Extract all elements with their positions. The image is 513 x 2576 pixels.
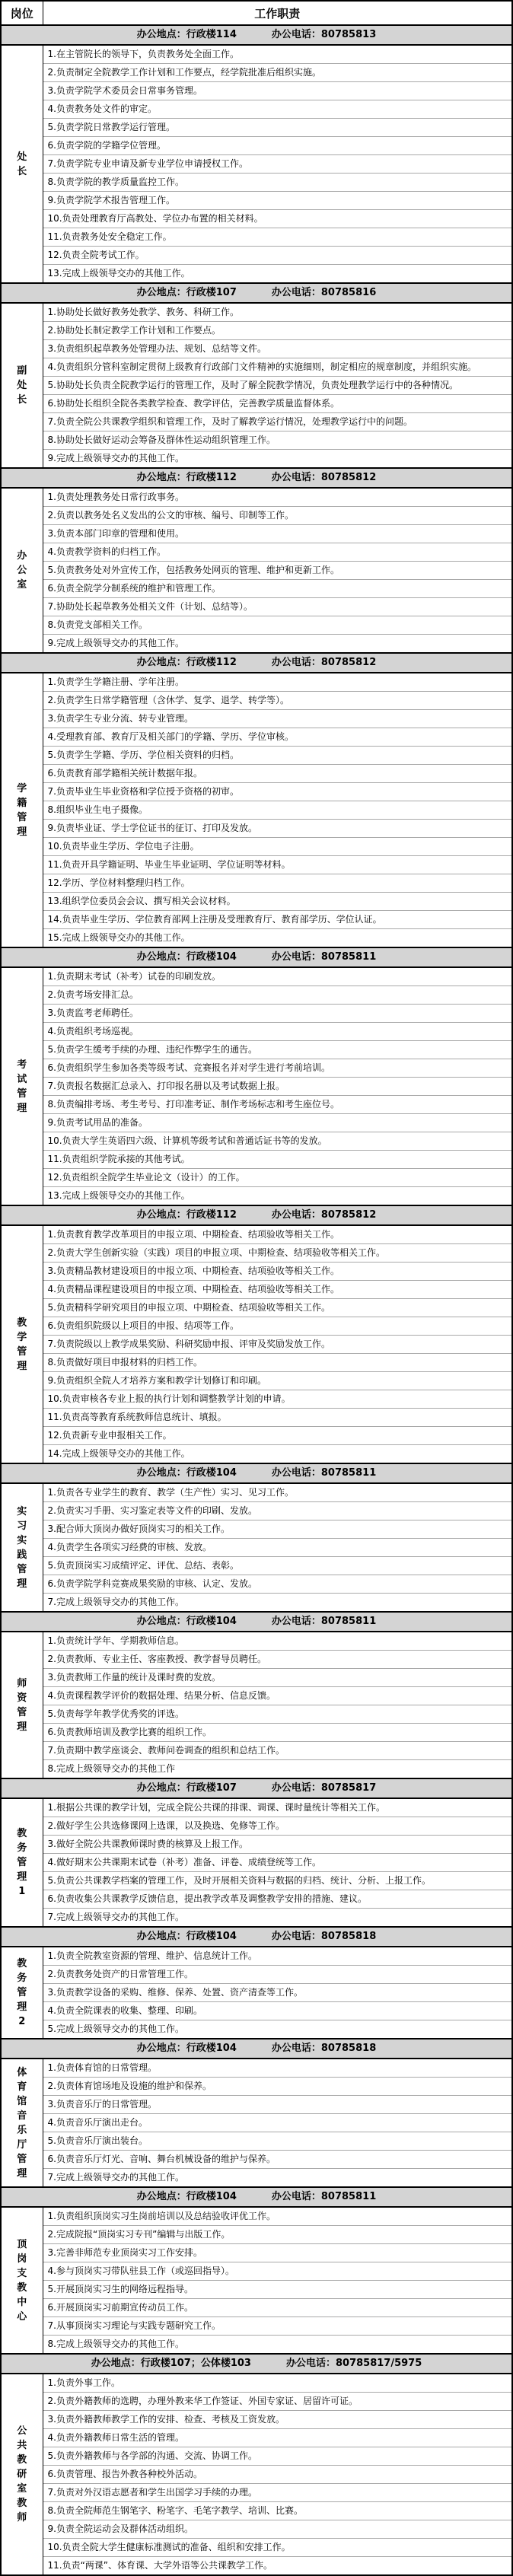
duty-row: 14.负责毕业生学历、学位教育部网上注册及受理教育厅、教育部学历、学位认证。 <box>1 911 512 929</box>
duty-row: 11.负责教务处安全稳定工作。 <box>1 228 512 247</box>
office-location: 办公地点：行政楼104 <box>137 1616 237 1627</box>
duty-row: 实习实践管理1.负责各专业学生的教育、教学（生产性）实习、见习工作。 <box>1 1483 512 1502</box>
duty-row: 4.负责外籍教师日常生活的管理。 <box>1 2429 512 2447</box>
duty-row: 2.负责大学生创新实验（实践）项目的申报立项、中期检查、结项验收等相关工作。 <box>1 1244 512 1263</box>
duty-item-text: 13.完成上级领导交办的其他工作。 <box>43 1187 512 1206</box>
duty-item-text: 8.负责编排考场、考生考号、打印准考证、制作考场标志和考生座位号。 <box>43 1096 512 1114</box>
office-info-row: 办公地点：行政楼107；公体楼103办公电话：80785817/5975 <box>1 2354 512 2374</box>
duty-row: 4.负责组织分管科室制定贯彻上级教育行政部门文件精神的实施细则，制定相应的规章制… <box>1 358 512 377</box>
duty-item-text: 4.负责课程教学评价的数据处理、结果分析、信息反馈。 <box>43 1687 512 1705</box>
duty-row: 7.从事顶岗实习理论与实践专题研究工作。 <box>1 2317 512 2336</box>
duty-item-text: 7.负责期中教学座谈会、教师问卷调查的组织和总结工作。 <box>43 1742 512 1760</box>
duty-item-text: 7.负责全院公共课教学组织和管理工作，及时了解教学运行情况，处理教学运行中的问题… <box>43 413 512 431</box>
duty-item-text: 5.开展顶岗实习生的网络远程指导。 <box>43 2281 512 2299</box>
duty-item-text: 4.负责教学资料的归档工作。 <box>43 543 512 562</box>
duty-item-text: 7.负责学院专业申请及新专业学位申请授权工作。 <box>43 155 512 174</box>
duty-item-text: 1.负责统计学年、学期教师信息。 <box>43 1632 512 1651</box>
duty-row: 3.负责教学设备的采购、维修、保养、处置、资产清查等工作。 <box>1 1984 512 2002</box>
position-column-header: 岗位 <box>1 1 43 25</box>
position-label: 实习实践管理 <box>16 1505 27 1591</box>
position-label-cell: 公共教研室教师 <box>1 2374 43 2575</box>
office-phone: 办公电话：80785817 <box>272 1782 376 1794</box>
duty-item-text: 1.负责学生学籍注册、学年注册。 <box>43 673 512 692</box>
duty-item-text: 8.完成上级领导交办的其他工作 <box>43 1760 512 1779</box>
duty-item-text: 5.负责学生学籍、学历、学位相关资料的归档。 <box>43 747 512 765</box>
duty-row: 教务管理11.根据公共课的教学计划，完成全院公共课的排课、调课、课时量统计等相关… <box>1 1798 512 1817</box>
duty-row: 6.负责学院的学籍学位管理。 <box>1 137 512 155</box>
duty-row: 2.做好学生公共选修课网上选课，以及换选、免修等工作。 <box>1 1817 512 1836</box>
office-info-row: 办公地点：行政楼114办公电话：80785813 <box>1 25 512 45</box>
duty-row: 4.做好期末公共课期末试卷（补考）准备、评卷、成绩登统等工作。 <box>1 1854 512 1872</box>
duty-row: 3.做好全院公共课教师课时费的核算及上报工作。 <box>1 1836 512 1854</box>
office-location: 办公地点：行政楼114 <box>137 29 237 40</box>
office-info-row: 办公地点：行政楼104办公电话：80785811 <box>1 1463 512 1483</box>
position-label-cell: 教务管理1 <box>1 1798 43 1927</box>
duty-item-text: 5.完成上级领导交办的其他工作。 <box>43 2020 512 2039</box>
position-label: 师资管理 <box>16 1676 27 1734</box>
duty-item-text: 8.负责做好项目申报材料的归档工作。 <box>43 1354 512 1372</box>
office-info-row: 办公地点：行政楼104办公电话：80785818 <box>1 1927 512 1947</box>
duty-item-text: 2.负责以教务处名义发出的公文的审核、编号、印制等工作。 <box>43 507 512 525</box>
duty-row: 教务管理21.负责全院教室资源的管理、维护、信息统计工作。 <box>1 1947 512 1966</box>
duty-row: 2.负责教师、专业主任、客座教授、教学督导员聘任。 <box>1 1651 512 1669</box>
duty-row: 7.负责对外汉语志愿者和学生出国学习手续的办理。 <box>1 2484 512 2502</box>
office-phone: 办公电话：80785811 <box>272 951 376 963</box>
duty-row: 4.参与顶岗实习带队驻县工作（或巡回指导）。 <box>1 2262 512 2281</box>
duty-row: 7.负责期中教学座谈会、教师问卷调查的组织和总结工作。 <box>1 1742 512 1760</box>
duty-item-text: 3.负责教学设备的采购、维修、保养、处置、资产清查等工作。 <box>43 1984 512 2002</box>
duty-item-text: 4.负责学生各项实习经费的审核、发放。 <box>43 1539 512 1557</box>
office-location: 办公地点：行政楼104 <box>137 2043 237 2054</box>
duty-item-text: 3.完善非师范专业顶岗实习工作安排。 <box>43 2244 512 2262</box>
duty-row: 8.完成上级领导交办的其他工作 <box>1 1760 512 1779</box>
duty-row: 3.负责监考老师聘任。 <box>1 1005 512 1023</box>
duty-item-text: 12.学历、学位材料整理归档工作。 <box>43 874 512 893</box>
duty-item-text: 4.负责组织考场巡视。 <box>43 1023 512 1041</box>
duty-row: 4.负责课程教学评价的数据处理、结果分析、信息反馈。 <box>1 1687 512 1705</box>
duty-item-text: 5.负责学院日常教学运行管理。 <box>43 119 512 137</box>
job-duties-page: 岗位 工作职责 办公地点：行政楼114办公电话：80785813处长1.在主管院… <box>0 0 513 2576</box>
duty-row: 6.负责全院学分制系统的维护和管理工作。 <box>1 580 512 598</box>
duty-row: 5.负责学生缓考手续的办理、违纪作弊学生的通告。 <box>1 1041 512 1059</box>
duty-row: 2.完成院报“顶岗实习专刊”编辑与出版工作。 <box>1 2226 512 2244</box>
duty-row: 11.负责“两课”、体育课、大学外语等公共课教学工作。 <box>1 2557 512 2576</box>
position-label-cell: 考试管理 <box>1 967 43 1205</box>
duty-row: 5.负责音乐厅演出装台。 <box>1 2132 512 2151</box>
duty-row: 9.负责组织全院人才培养方案和教学计划修订和印刷。 <box>1 1372 512 1390</box>
duty-row: 9.负责毕业证、学士学位证书的征订、打印及发放。 <box>1 820 512 838</box>
duty-item-text: 5.协助处长负责全院教学运行的管理工作，及时了解全院教学情况，负责处理教学运行中… <box>43 377 512 395</box>
office-location: 办公地点：行政楼107；公体楼103 <box>91 2358 251 2369</box>
duty-row: 7.负责毕业生毕业资格和学位授予资格的初审。 <box>1 783 512 801</box>
duty-item-text: 6.负责组织学生参加各类等级考试、竞赛报名并对学生进行考前培训。 <box>43 1059 512 1078</box>
position-label-cell: 学籍管理 <box>1 673 43 947</box>
duty-item-text: 10.负责毕业生学历、学位电子注册。 <box>43 838 512 856</box>
duty-item-text: 2.完成院报“顶岗实习专刊”编辑与出版工作。 <box>43 2226 512 2244</box>
duty-item-text: 1.在主管院长的领导下，负责教务处全面工作。 <box>43 45 512 64</box>
duty-item-text: 8.协助处长做好运动会筹备及群体性运动组织管理工作。 <box>43 431 512 450</box>
duty-item-text: 1.负责处理教务处日常行政事务。 <box>43 488 512 507</box>
duty-row: 5.协助处长负责全院教学运行的管理工作，及时了解全院教学情况，负责处理教学运行中… <box>1 377 512 395</box>
office-info-cell: 办公地点：行政楼104办公电话：80785811 <box>1 1463 512 1483</box>
duty-item-text: 12.负责全院考试工作。 <box>43 247 512 265</box>
duty-row: 14.完成上级领导交办的其他工作。 <box>1 1445 512 1464</box>
duty-row: 6.负责教育部学籍相关统计数据年报。 <box>1 765 512 783</box>
duty-item-text: 3.负责学院学术委员会日常事务管理。 <box>43 82 512 100</box>
office-info-cell: 办公地点：行政楼107办公电话：80785817 <box>1 1778 512 1798</box>
office-location: 办公地点：行政楼107 <box>137 1782 237 1794</box>
duty-item-text: 7.完成上级领导交办的其他工作。 <box>43 1909 512 1928</box>
office-info-cell: 办公地点：行政楼114办公电话：80785813 <box>1 25 512 45</box>
duty-item-text: 7.负责对外汉语志愿者和学生出国学习手续的办理。 <box>43 2484 512 2502</box>
duty-row: 3.完善非师范专业顶岗实习工作安排。 <box>1 2244 512 2262</box>
office-phone: 办公电话：80785812 <box>272 657 376 668</box>
duty-item-text: 5.负责音乐厅演出装台。 <box>43 2132 512 2151</box>
duty-item-text: 5.负责教务处对外宣传工作，包括教务处网页的管理、维护和更新工作。 <box>43 562 512 580</box>
duty-item-text: 6.负责管理、报告外教各种校外活动。 <box>43 2466 512 2484</box>
duty-row: 处长1.在主管院长的领导下，负责教务处全面工作。 <box>1 45 512 64</box>
duty-row: 5.负责公共课教学档案的管理工作，及时开展相关资料与数据的归档、统计、分析、上报… <box>1 1872 512 1890</box>
duty-item-text: 2.协助处长制定教学工作计划和工作要点。 <box>43 322 512 340</box>
duty-item-text: 6.负责学院学科竞赛成果奖励的审核、认定、发放。 <box>43 1575 512 1594</box>
position-label: 教务管理1 <box>16 1826 27 1899</box>
office-location: 办公地点：行政楼112 <box>137 1209 237 1221</box>
position-label: 公共教研室教师 <box>16 2424 27 2525</box>
duty-row: 考试管理1.负责期末考试（补考）试卷的印刷发放。 <box>1 967 512 986</box>
duty-row: 4.负责组织考场巡视。 <box>1 1023 512 1041</box>
duty-item-text: 1.负责外事工作。 <box>43 2374 512 2393</box>
office-info-cell: 办公地点：行政楼112办公电话：80785812 <box>1 1205 512 1225</box>
duty-item-text: 11.负责开具学籍证明、毕业生毕业证明、学位证明等材料。 <box>43 856 512 874</box>
duty-item-text: 10.负责审核各专业上报的执行计划和调整教学计划的申请。 <box>43 1390 512 1409</box>
duty-item-text: 9.完成上级领导交办的其他工作。 <box>43 450 512 469</box>
position-label: 教务管理2 <box>16 1957 27 2029</box>
position-label: 处长 <box>16 150 27 179</box>
duty-row: 3.负责组织起草教务处管理办法、规划、总结等文件。 <box>1 340 512 358</box>
duties-column-header: 工作职责 <box>43 1 512 25</box>
duty-item-text: 9.负责考试用品的准备。 <box>43 1114 512 1132</box>
duty-item-text: 3.配合师大顶岗办做好顶岗实习的相关工作。 <box>43 1520 512 1539</box>
office-info-row: 办公地点：行政楼104办公电话：80785811 <box>1 947 512 967</box>
duty-row: 13.完成上级领导交办的其他工作。 <box>1 1187 512 1206</box>
duty-row: 2.负责考场安排汇总。 <box>1 986 512 1005</box>
duty-row: 6.协助处长组织全院各类教学检查、教学评估，完善教学质量监督体系。 <box>1 395 512 413</box>
office-info-row: 办公地点：行政楼104办公电话：80785811 <box>1 1612 512 1632</box>
office-info-cell: 办公地点：行政楼104办公电话：80785811 <box>1 1612 512 1632</box>
duty-item-text: 4.负责音乐厅演出走台。 <box>43 2114 512 2132</box>
duty-row: 5.负责教务处对外宣传工作，包括教务处网页的管理、维护和更新工作。 <box>1 562 512 580</box>
duty-row: 学籍管理1.负责学生学籍注册、学年注册。 <box>1 673 512 692</box>
duty-item-text: 2.负责制定全院教学工作计划和工作要点，经学院批准后组织实施。 <box>43 64 512 82</box>
duty-row: 9.负责全院运动会及群体活动组织。 <box>1 2520 512 2539</box>
office-info-row: 办公地点：行政楼112办公电话：80785812 <box>1 653 512 673</box>
duty-row: 2.负责体育馆场地及设施的维护和保养。 <box>1 2078 512 2096</box>
duty-row: 3.负责音乐厅的日常管理。 <box>1 2096 512 2114</box>
office-phone: 办公电话：80785813 <box>272 29 376 40</box>
office-phone: 办公电话：80785817/5975 <box>286 2358 422 2369</box>
office-phone: 办公电话：80785816 <box>272 287 376 298</box>
duty-item-text: 4.负责精品课程建设项目的申报立项、中期检查、结项验收等相关工作。 <box>43 1281 512 1299</box>
duty-row: 3.负责教师工作量的统计及课时费的发放。 <box>1 1669 512 1687</box>
duty-item-text: 12.负责新专业申报相关工作。 <box>43 1427 512 1445</box>
duty-item-text: 5.负责公共课教学档案的管理工作，及时开展相关资料与数据的归档、统计、分析、上报… <box>43 1872 512 1890</box>
office-info-cell: 办公地点：行政楼104办公电话：80785818 <box>1 2039 512 2059</box>
position-label-cell: 师资管理 <box>1 1632 43 1778</box>
office-phone: 办公电话：80785812 <box>272 1209 376 1221</box>
duty-item-text: 2.负责实习手册、实习鉴定表等文件的印刷、发放。 <box>43 1502 512 1520</box>
duty-row: 4.负责教学资料的归档工作。 <box>1 543 512 562</box>
duty-item-text: 2.负责体育馆场地及设施的维护和保养。 <box>43 2078 512 2096</box>
duty-item-text: 3.负责学生专业分流、转专业管理。 <box>43 710 512 728</box>
position-label: 学籍管理 <box>16 782 27 839</box>
position-label: 副处长 <box>16 364 27 407</box>
duty-item-text: 9.负责组织全院人才培养方案和教学计划修订和印刷。 <box>43 1372 512 1390</box>
office-location: 办公地点：行政楼107 <box>137 287 237 298</box>
position-label-cell: 体育馆音乐厅管理 <box>1 2059 43 2187</box>
duty-item-text: 2.负责外籍教师的选聘，办理外教来华工作签证、外国专家证、居留许可证。 <box>43 2393 512 2411</box>
duty-row: 10.负责毕业生学历、学位电子注册。 <box>1 838 512 856</box>
duty-item-text: 7.从事顶岗实习理论与实践专题研究工作。 <box>43 2317 512 2336</box>
duty-item-text: 7.协助处长起草教务处相关文件（计划、总结等）。 <box>43 598 512 616</box>
duty-item-text: 3.负责组织起草教务处管理办法、规划、总结等文件。 <box>43 340 512 358</box>
duty-row: 8.完成上级领导交办的其他工作。 <box>1 2336 512 2355</box>
duty-item-text: 13.完成上级领导交办的其他工作。 <box>43 265 512 284</box>
position-label-cell: 教务管理2 <box>1 1947 43 2039</box>
duty-row: 6.负责组织学生参加各类等级考试、竞赛报名并对学生进行考前培训。 <box>1 1059 512 1078</box>
office-info-row: 办公地点：行政楼104办公电话：80785818 <box>1 2039 512 2059</box>
duty-item-text: 4.受理教育部、教育厅及相关部门的学籍、学历、学位审核。 <box>43 728 512 747</box>
duty-item-text: 11.负责“两课”、体育课、大学外语等公共课教学工作。 <box>43 2557 512 2576</box>
duty-row: 12.负责新专业申报相关工作。 <box>1 1427 512 1445</box>
duty-item-text: 9.负责全院运动会及群体活动组织。 <box>43 2520 512 2539</box>
duty-row: 12.负责全院考试工作。 <box>1 247 512 265</box>
duty-row: 3.负责学院学术委员会日常事务管理。 <box>1 82 512 100</box>
duty-item-text: 6.负责教师培训及教学比赛的组织工作。 <box>43 1724 512 1742</box>
duty-row: 顶岗支教中心1.负责组织顶岗实习生岗前培训以及总结验收评优工作。 <box>1 2207 512 2226</box>
office-phone: 办公电话：80785818 <box>272 1931 376 1942</box>
office-phone: 办公电话：80785812 <box>272 472 376 483</box>
duty-row: 7.负责学院专业申请及新专业学位申请授权工作。 <box>1 155 512 174</box>
duty-row: 8.负责编排考场、考生考号、打印准考证、制作考场标志和考生座位号。 <box>1 1096 512 1114</box>
duty-row: 11.负责高等教育系统教师信息统计、填报。 <box>1 1409 512 1427</box>
duty-row: 9.完成上级领导交办的其他工作。 <box>1 635 512 654</box>
position-label-cell: 办公室 <box>1 488 43 653</box>
duty-item-text: 8.组织毕业生电子摄像。 <box>43 801 512 820</box>
office-location: 办公地点：行政楼104 <box>137 2191 237 2202</box>
duty-row: 3.负责本部门印章的管理和使用。 <box>1 525 512 543</box>
duty-item-text: 3.负责外籍教师教学工作的安排、检查、考核及工资发放。 <box>43 2411 512 2429</box>
duty-row: 办公室1.负责处理教务处日常行政事务。 <box>1 488 512 507</box>
duty-row: 6.负责管理、报告外教各种校外活动。 <box>1 2466 512 2484</box>
duty-item-text: 1.负责期末考试（补考）试卷的印刷发放。 <box>43 967 512 986</box>
duty-row: 9.负责学院学术报告管理工作。 <box>1 192 512 210</box>
duty-item-text: 7.负责院级以上教学成果奖励、科研奖励申报、评审及奖励发放工作。 <box>43 1336 512 1354</box>
office-info-cell: 办公地点：行政楼107；公体楼103办公电话：80785817/5975 <box>1 2354 512 2374</box>
duty-row: 6.负责教师培训及教学比赛的组织工作。 <box>1 1724 512 1742</box>
duty-item-text: 6.开展顶岗实习前期宣传动员工作。 <box>43 2299 512 2317</box>
duty-row: 12.学历、学位材料整理归档工作。 <box>1 874 512 893</box>
duty-row: 10.负责处理教育厅高教处、学位办布置的相关材料。 <box>1 210 512 228</box>
duty-row: 10.负责审核各专业上报的执行计划和调整教学计划的申请。 <box>1 1390 512 1409</box>
duty-row: 8.负责学院的教学质量监控工作。 <box>1 174 512 192</box>
duty-row: 5.开展顶岗实习生的网络远程指导。 <box>1 2281 512 2299</box>
office-info-cell: 办公地点：行政楼112办公电话：80785812 <box>1 468 512 488</box>
duty-row: 副处长1.协助处长做好教务处教学、教务、科研工作。 <box>1 303 512 322</box>
duty-item-text: 1.负责全院教室资源的管理、维护、信息统计工作。 <box>43 1947 512 1966</box>
duty-item-text: 7.完成上级领导交办的其他工作。 <box>43 1594 512 1613</box>
duty-item-text: 8.完成上级领导交办的其他工作。 <box>43 2336 512 2355</box>
duty-row: 5.负责学生学籍、学历、学位相关资料的归档。 <box>1 747 512 765</box>
duty-row: 8.负责全院师范生钢笔字、粉笔字、毛笔字教学、培训、比赛。 <box>1 2502 512 2520</box>
position-label-cell: 顶岗支教中心 <box>1 2207 43 2354</box>
duty-row: 9.完成上级领导交办的其他工作。 <box>1 450 512 469</box>
duty-item-text: 3.负责教师工作量的统计及课时费的发放。 <box>43 1669 512 1687</box>
duty-item-text: 4.负责外籍教师日常生活的管理。 <box>43 2429 512 2447</box>
duty-item-text: 4.做好期末公共课期末试卷（补考）准备、评卷、成绩登统等工作。 <box>43 1854 512 1872</box>
duty-row: 4.受理教育部、教育厅及相关部门的学籍、学历、学位审核。 <box>1 728 512 747</box>
duty-row: 5.负责外籍教师与各学部的沟通、交流、协调工作。 <box>1 2447 512 2466</box>
duty-row: 4.负责精品课程建设项目的申报立项、中期检查、结项验收等相关工作。 <box>1 1281 512 1299</box>
position-label-cell: 实习实践管理 <box>1 1483 43 1612</box>
duty-item-text: 2.负责学生日常学籍管理（含休学、复学、退学、转学等）。 <box>43 692 512 710</box>
duty-row: 5.完成上级领导交办的其他工作。 <box>1 2020 512 2039</box>
duty-item-text: 6.负责教育部学籍相关统计数据年报。 <box>43 765 512 783</box>
duty-row: 7.完成上级领导交办的其他工作。 <box>1 1909 512 1928</box>
duty-row: 5.负责学院日常教学运行管理。 <box>1 119 512 137</box>
duty-row: 师资管理1.负责统计学年、学期教师信息。 <box>1 1632 512 1651</box>
position-label-cell: 副处长 <box>1 303 43 468</box>
duty-item-text: 6.负责音乐厅灯光、音响、舞台机械设备的维护与保养。 <box>43 2151 512 2169</box>
office-location: 办公地点：行政楼104 <box>137 951 237 963</box>
duty-row: 4.负责学生各项实习经费的审核、发放。 <box>1 1539 512 1557</box>
office-location: 办公地点：行政楼104 <box>137 1467 237 1479</box>
duty-item-text: 12.负责组织全院学生毕业论文（设计）的工作。 <box>43 1169 512 1187</box>
duty-item-text: 5.负责顶岗实习成绩评定、评优、总结、表彰。 <box>43 1557 512 1575</box>
duty-row: 13.完成上级领导交办的其他工作。 <box>1 265 512 284</box>
duty-item-text: 2.负责教师、专业主任、客座教授、教学督导员聘任。 <box>43 1651 512 1669</box>
duty-item-text: 14.负责毕业生学历、学位教育部网上注册及受理教育厅、教育部学历、学位认证。 <box>43 911 512 929</box>
table-body: 办公地点：行政楼114办公电话：80785813处长1.在主管院长的领导下，负责… <box>1 25 512 2575</box>
duty-row: 5.负责精科学研究项目的申报立项、中期检查、结项验收等相关工作。 <box>1 1299 512 1317</box>
duty-item-text: 3.负责音乐厅的日常管理。 <box>43 2096 512 2114</box>
duty-item-text: 6.负责全院学分制系统的维护和管理工作。 <box>43 580 512 598</box>
office-info-row: 办公地点：行政楼107办公电话：80785816 <box>1 283 512 303</box>
office-phone: 办公电话：80785811 <box>272 2191 376 2202</box>
position-label: 顶岗支教中心 <box>16 2237 27 2324</box>
office-info-cell: 办公地点：行政楼104办公电话：80785811 <box>1 2187 512 2207</box>
duty-row: 公共教研室教师1.负责外事工作。 <box>1 2374 512 2393</box>
duty-item-text: 7.负责毕业生毕业资格和学位授予资格的初审。 <box>43 783 512 801</box>
duty-item-text: 2.负责考场安排汇总。 <box>43 986 512 1005</box>
duty-item-text: 1.负责体育馆的日常管理。 <box>43 2059 512 2078</box>
duty-row: 13.组织学位委员会会议、撰写相关会议材料。 <box>1 893 512 911</box>
office-info-row: 办公地点：行政楼104办公电话：80785811 <box>1 2187 512 2207</box>
duty-item-text: 10.负责大学生英语四六级、计算机等级考试和普通话证书等的发放。 <box>43 1132 512 1151</box>
duty-item-text: 9.负责毕业证、学士学位证书的征订、打印及发放。 <box>43 820 512 838</box>
duty-row: 3.配合师大顶岗办做好顶岗实习的相关工作。 <box>1 1520 512 1539</box>
duty-item-text: 7.负责报名数据汇总录入、打印报名册以及考试数据上报。 <box>43 1078 512 1096</box>
duty-item-text: 5.负责学生缓考手续的办理、违纪作弊学生的通告。 <box>43 1041 512 1059</box>
duty-row: 7.完成上级领导交办的其他工作。 <box>1 2169 512 2188</box>
table-header-row: 岗位 工作职责 <box>1 1 512 25</box>
duty-item-text: 1.负责教育教学改革项目的申报立项、中期检查、结项验收等相关工作。 <box>43 1225 512 1244</box>
duty-item-text: 8.负责党支部相关工作。 <box>43 616 512 635</box>
duty-row: 10.负责大学生英语四六级、计算机等级考试和普通话证书等的发放。 <box>1 1132 512 1151</box>
duty-row: 8.负责党支部相关工作。 <box>1 616 512 635</box>
office-phone: 办公电话：80785818 <box>272 2043 376 2054</box>
duty-item-text: 8.负责全院师范生钢笔字、粉笔字、毛笔字教学、培训、比赛。 <box>43 2502 512 2520</box>
duty-row: 7.负责报名数据汇总录入、打印报名册以及考试数据上报。 <box>1 1078 512 1096</box>
duty-row: 2.负责实习手册、实习鉴定表等文件的印刷、发放。 <box>1 1502 512 1520</box>
duty-item-text: 4.负责教务处文件的审定。 <box>43 100 512 119</box>
duty-row: 5.负责每学年教学优秀奖的评选。 <box>1 1705 512 1724</box>
duty-item-text: 6.协助处长组织全院各类教学检查、教学评估，完善教学质量监督体系。 <box>43 395 512 413</box>
duty-item-text: 11.负责教务处安全稳定工作。 <box>43 228 512 247</box>
duty-item-text: 1.负责各专业学生的教育、教学（生产性）实习、见习工作。 <box>43 1483 512 1502</box>
duty-row: 7.完成上级领导交办的其他工作。 <box>1 1594 512 1613</box>
duty-item-text: 5.负责精科学研究项目的申报立项、中期检查、结项验收等相关工作。 <box>43 1299 512 1317</box>
duty-item-text: 5.负责外籍教师与各学部的沟通、交流、协调工作。 <box>43 2447 512 2466</box>
position-label: 体育馆音乐厅管理 <box>16 2065 27 2181</box>
duty-row: 7.负责全院公共课教学组织和管理工作，及时了解教学运行情况，处理教学运行中的问题… <box>1 413 512 431</box>
position-label: 教学管理 <box>16 1316 27 1374</box>
office-location: 办公地点：行政楼112 <box>137 472 237 483</box>
duty-row: 5.负责顶岗实习成绩评定、评优、总结、表彰。 <box>1 1557 512 1575</box>
position-label: 考试管理 <box>16 1058 27 1116</box>
position-label: 办公室 <box>16 549 27 592</box>
duty-item-text: 3.负责本部门印章的管理和使用。 <box>43 525 512 543</box>
duty-item-text: 2.做好学生公共选修课网上选课，以及换选、免修等工作。 <box>43 1817 512 1836</box>
duty-item-text: 1.根据公共课的教学计划，完成全院公共课的排课、调课、课时量统计等相关工作。 <box>43 1798 512 1817</box>
duty-item-text: 4.负责全院课表的收集、整理、印刷。 <box>43 2002 512 2020</box>
office-info-cell: 办公地点：行政楼107办公电话：80785816 <box>1 283 512 303</box>
duty-item-text: 2.负责大学生创新实验（实践）项目的申报立项、中期检查、结项验收等相关工作。 <box>43 1244 512 1263</box>
duty-row: 2.负责教务处资产的日常管理工作。 <box>1 1966 512 1984</box>
duty-row: 6.负责收集公共课教学反馈信息，提出教学改革及调整教学安排的措施、建议。 <box>1 1890 512 1909</box>
duty-item-text: 6.负责学院的学籍学位管理。 <box>43 137 512 155</box>
duty-item-text: 6.负责组织院级以上项目的申报、结项等工作。 <box>43 1317 512 1336</box>
duty-item-text: 11.负责高等教育系统教师信息统计、填报。 <box>43 1409 512 1427</box>
duty-row: 11.负责组织学院承接的其他考试。 <box>1 1151 512 1169</box>
duty-item-text: 3.负责精品教材建设项目的申报立项、中期检查、结项验收等相关工作。 <box>43 1263 512 1281</box>
duty-item-text: 9.完成上级领导交办的其他工作。 <box>43 635 512 654</box>
position-label-cell: 教学管理 <box>1 1225 43 1463</box>
duty-row: 3.负责精品教材建设项目的申报立项、中期检查、结项验收等相关工作。 <box>1 1263 512 1281</box>
office-phone: 办公电话：80785811 <box>272 1616 376 1627</box>
duty-item-text: 9.负责学院学术报告管理工作。 <box>43 192 512 210</box>
duty-item-text: 4.负责组织分管科室制定贯彻上级教育行政部门文件精神的实施细则，制定相应的规章制… <box>43 358 512 377</box>
duty-row: 7.协助处长起草教务处相关文件（计划、总结等）。 <box>1 598 512 616</box>
duty-item-text: 4.参与顶岗实习带队驻县工作（或巡回指导）。 <box>43 2262 512 2281</box>
duty-row: 2.负责以教务处名义发出的公文的审核、编号、印制等工作。 <box>1 507 512 525</box>
duty-item-text: 10.负责全院大学生健康标准测试的准备、组织和安排工作。 <box>43 2539 512 2557</box>
duty-item-text: 3.负责监考老师聘任。 <box>43 1005 512 1023</box>
duty-item-text: 15.完成上级领导交办的其他工作。 <box>43 929 512 948</box>
duty-item-text: 6.负责收集公共课教学反馈信息，提出教学改革及调整教学安排的措施、建议。 <box>43 1890 512 1909</box>
duty-row: 4.负责全院课表的收集、整理、印刷。 <box>1 2002 512 2020</box>
duty-row: 3.负责学生专业分流、转专业管理。 <box>1 710 512 728</box>
duty-item-text: 2.负责教务处资产的日常管理工作。 <box>43 1966 512 1984</box>
office-info-row: 办公地点：行政楼112办公电话：80785812 <box>1 1205 512 1225</box>
duty-row: 4.负责教务处文件的审定。 <box>1 100 512 119</box>
duty-row: 7.负责院级以上教学成果奖励、科研奖励申报、评审及奖励发放工作。 <box>1 1336 512 1354</box>
duty-item-text: 10.负责处理教育厅高教处、学位办布置的相关材料。 <box>43 210 512 228</box>
duty-row: 3.负责外籍教师教学工作的安排、检查、考核及工资发放。 <box>1 2411 512 2429</box>
duty-item-text: 7.完成上级领导交办的其他工作。 <box>43 2169 512 2188</box>
duty-row: 9.负责考试用品的准备。 <box>1 1114 512 1132</box>
office-location: 办公地点：行政楼104 <box>137 1931 237 1942</box>
office-info-row: 办公地点：行政楼112办公电话：80785812 <box>1 468 512 488</box>
